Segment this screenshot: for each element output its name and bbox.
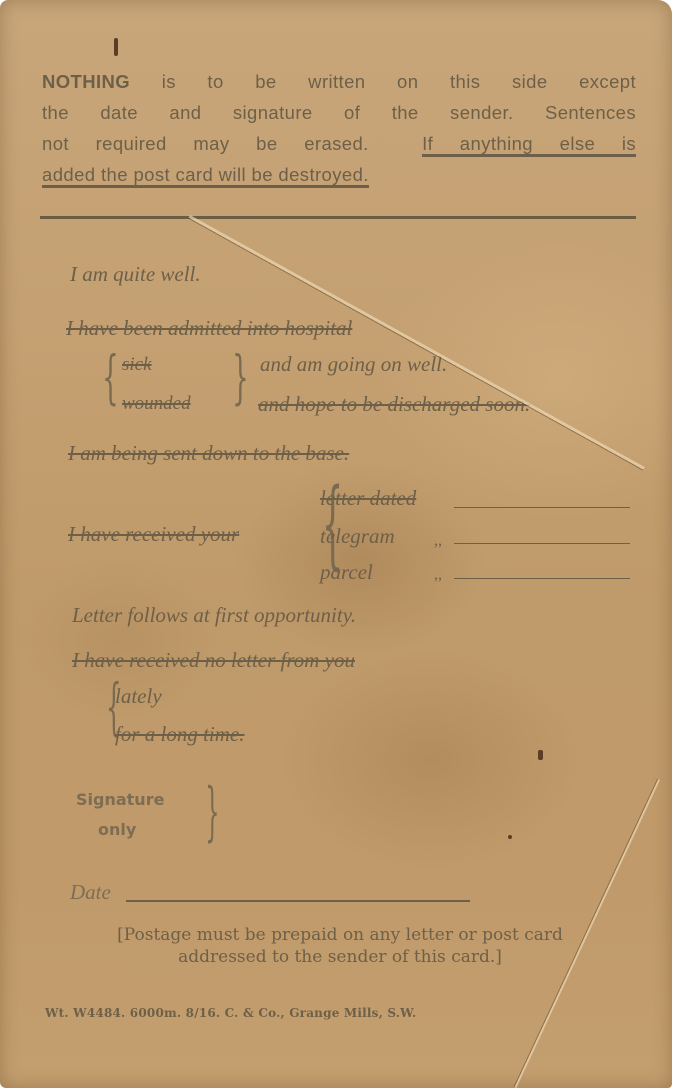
signature-label-line2: only <box>98 820 136 839</box>
telegram-date-blank <box>454 543 630 544</box>
ditto-parcel: ,, <box>434 566 442 584</box>
date-label: Date <box>70 880 111 904</box>
notice-line-3: not required may be erased. If anything … <box>42 128 636 159</box>
parcel-date-blank <box>454 578 630 579</box>
ink-spot <box>508 835 512 839</box>
instructions-notice: NOTHING is to be written on this side ex… <box>42 66 636 190</box>
sentence-quite-well: I am quite well. <box>70 262 201 286</box>
brace-right-icon: } <box>232 348 249 406</box>
notice-line-2: the date and signature of the sender. Se… <box>42 97 636 128</box>
option-telegram: telegram <box>320 524 395 548</box>
field-service-post-card: NOTHING is to be written on this side ex… <box>0 0 672 1088</box>
printer-imprint: Wt. W4484. 6000m. 8/16. C. & Co., Grange… <box>45 1006 416 1020</box>
postage-note: [Postage must be prepaid on any letter o… <box>80 924 600 968</box>
sentence-admitted-hospital: I have been admitted into hospital <box>66 316 352 340</box>
option-letter-dated: letter dated <box>320 486 416 510</box>
option-lately: lately <box>115 684 162 708</box>
warning-underlined-2: added the post card will be destroyed. <box>42 164 369 188</box>
notice-line-4: added the post card will be destroyed. <box>42 159 636 190</box>
sentence-sent-to-base: I am being sent down to the base. <box>68 441 349 465</box>
notice-bold-word: NOTHING <box>42 71 130 92</box>
notice-line-1: NOTHING is to be written on this side ex… <box>42 66 636 97</box>
ditto-telegram: ,, <box>434 532 442 550</box>
letter-date-blank <box>454 507 630 508</box>
sentence-going-well: and am going on well. <box>260 352 447 376</box>
warning-underlined-1: If anything else is <box>422 133 636 157</box>
option-long-time: for a long time. <box>115 722 245 746</box>
signature-area[interactable] <box>210 780 630 840</box>
option-wounded: wounded <box>122 392 191 416</box>
ink-spot <box>538 750 543 760</box>
sentence-received-your: I have received your <box>68 522 239 546</box>
signature-label-line1: Signature <box>76 790 164 809</box>
postage-note-line-1: [Postage must be prepaid on any letter o… <box>80 924 600 946</box>
option-sick: sick <box>122 353 152 377</box>
date-blank-line[interactable] <box>126 900 470 902</box>
sentence-hope-discharged: and hope to be discharged soon. <box>258 392 530 416</box>
sentence-no-letter: I have received no letter from you <box>72 648 355 672</box>
postage-note-line-2: addressed to the sender of this card.] <box>80 946 600 968</box>
brace-left-icon: { <box>102 348 119 406</box>
diagonal-crease <box>189 215 645 470</box>
option-parcel: parcel <box>320 560 373 584</box>
ink-spot <box>114 38 118 56</box>
divider-rule <box>40 216 636 219</box>
sentence-letter-follows: Letter follows at first opportunity. <box>72 603 356 627</box>
